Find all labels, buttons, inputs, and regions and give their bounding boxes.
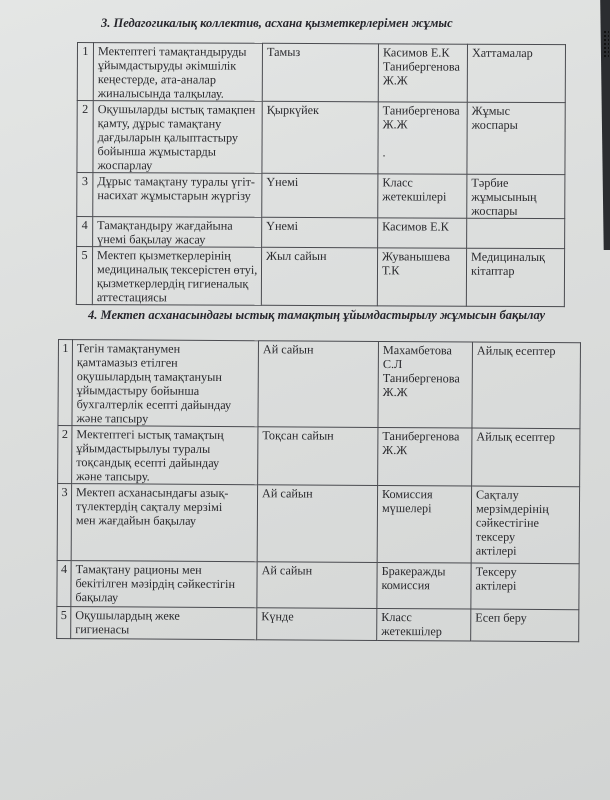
responsible-cell: Танибергенова Ж.Ж (378, 427, 472, 486)
responsible-cell: Бракеражды комиссия (377, 562, 471, 609)
task-cell: Оқушыларды ыстық тамақпен қамту, дұрыс т… (93, 101, 262, 174)
timing-cell: Күнде (257, 608, 377, 641)
row-number: 5 (76, 247, 92, 305)
table-row: 2Оқушыларды ыстық тамақпен қамту, дұрыс … (77, 101, 565, 175)
row-number: 3 (77, 173, 93, 217)
timing-cell: Үнемі (262, 173, 378, 218)
table-row: 2Мектептегі ыстық тамақтың ұйымдастырылу… (58, 426, 580, 487)
row-number: 2 (58, 426, 72, 484)
responsible-cell: Касимов Е.К Танибергенова Ж.Ж (378, 44, 467, 102)
timing-cell: Үнемі (262, 217, 378, 248)
result-cell: Хаттамалар (467, 44, 565, 102)
row-number: 3 (57, 484, 71, 561)
table-row: 3Дұрыс тамақтану туралы үгіт- насихат жұ… (77, 173, 565, 219)
timing-cell: Ай сайын (257, 485, 377, 563)
section-4-table: 1Тегін тамақтанумен қамтамазыз етілген о… (56, 339, 581, 642)
section-3-heading: 3. Педагогикалық коллектив, асхана қызме… (101, 16, 453, 31)
row-number: 5 (57, 606, 71, 638)
row-number: 1 (77, 43, 93, 101)
result-cell: Медициналық кітаптар (466, 248, 564, 306)
result-cell: Тексеру актілері (471, 563, 579, 610)
task-cell: Мектеп қызметкерлерінің медициналық текс… (92, 247, 261, 306)
responsible-cell: Комиссия мүшелері (377, 485, 471, 563)
table-row: 4Тамақтану рационы мен бекітілген мәзірд… (57, 560, 579, 609)
result-cell: Есеп беру (471, 609, 579, 642)
section-3-table: 1Мектептегі тамақтандыруды ұйымдастыруды… (76, 42, 566, 307)
row-number: 2 (77, 101, 93, 173)
task-cell: Дұрыс тамақтану туралы үгіт- насихат жұм… (93, 173, 262, 218)
responsible-cell: Жуванышева Т.К (377, 248, 466, 306)
task-cell: Тегін тамақтанумен қамтамазыз етілген оқ… (72, 340, 259, 427)
responsible-cell: Класс жетекшілер (377, 608, 471, 641)
result-cell: Айлық есептер (472, 428, 580, 487)
timing-cell: Ай сайын (258, 341, 379, 428)
section-4-heading: 4. Мектеп асханасындағы ыстық тамақтың ұ… (88, 308, 545, 323)
responsible-cell: Махамбетова С.Л Танибергенова Ж.Ж (378, 341, 473, 428)
timing-cell: Тамыз (262, 43, 378, 102)
result-cell: Жұмыс жоспары (467, 102, 565, 174)
task-cell: Мектептегі тамақтандыруды ұйымдастыруды … (93, 43, 262, 102)
row-number: 4 (57, 560, 71, 606)
row-number: 1 (58, 340, 73, 426)
result-cell: Сақталу мерзімдерінің сәйкестігіне тексе… (471, 486, 579, 564)
timing-cell: Тоқсан сайын (258, 427, 378, 486)
timing-cell: Қыркүйек (262, 101, 378, 174)
timing-cell: Жыл сайын (261, 247, 377, 306)
task-cell: Тамақтану рационы мен бекітілген мәзірді… (71, 561, 257, 608)
table-row: 5Мектеп қызметкерлерінің медициналық тек… (76, 247, 564, 307)
result-cell: Тәрбие жұмысының жоспары (467, 174, 565, 218)
table-row: 1Тегін тамақтанумен қамтамазыз етілген о… (58, 340, 581, 429)
responsible-cell: Танибергенова Ж.Ж . (378, 102, 467, 174)
timing-cell: Ай сайын (257, 562, 377, 609)
speaker-grille-icon (603, 30, 609, 58)
table-row: 3Мектеп асханасындағы азық- түлектердің … (57, 484, 579, 564)
table-row: 1Мектептегі тамақтандыруды ұйымдастыруды… (77, 43, 565, 103)
responsible-cell: Касимов Е.К (378, 218, 467, 248)
task-cell: Тамақтандыру жағдайына үнемі бақылау жас… (93, 217, 262, 248)
task-cell: Мектептегі ыстық тамақтың ұйымдастырылуы… (72, 426, 258, 485)
table-row: 5Оқушылардың жеке гигиенасыКүндеКласс же… (57, 606, 579, 641)
result-cell: Айлық есептер (472, 342, 581, 429)
result-cell (467, 218, 565, 248)
row-number: 4 (77, 217, 93, 247)
task-cell: Мектеп асханасындағы азық- түлектердің с… (71, 484, 257, 562)
background-device-edge (596, 0, 610, 250)
task-cell: Оқушылардың жеке гигиенасы (71, 607, 257, 640)
table-row: 4Тамақтандыру жағдайына үнемі бақылау жа… (77, 217, 565, 249)
responsible-cell: Класс жетекшілері (378, 174, 467, 218)
